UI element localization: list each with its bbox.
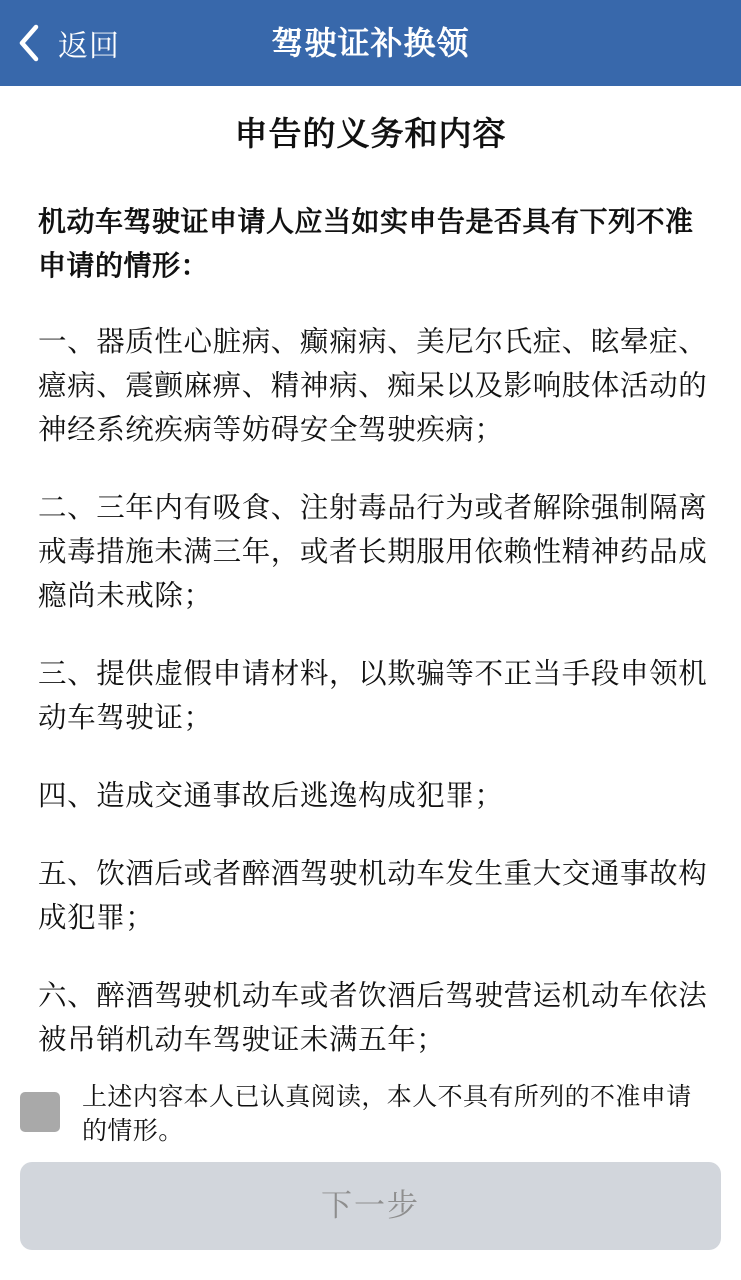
agreement-row[interactable]: 上述内容本人已认真阅读，本人不具有所列的不准申请的情形。 [20, 1080, 711, 1148]
navbar: 返回 驾驶证补换领 [0, 0, 741, 86]
list-item: 二、三年内有吸食、注射毒品行为或者解除强制隔离戒毒措施未满三年，或者长期服用依赖… [38, 486, 713, 618]
declaration-content: 机动车驾驶证申请人应当如实申告是否具有下列不准申请的情形： 一、器质性心脏病、癫… [38, 200, 713, 1096]
list-item: 六、醉酒驾驶机动车或者饮酒后驾驶营运机动车依法被吊销机动车驾驶证未满五年； [38, 974, 713, 1062]
list-item: 四、造成交通事故后逃逸构成犯罪； [38, 774, 713, 818]
list-item: 一、器质性心脏病、癫痫病、美尼尔氏症、眩晕症、癔病、震颤麻痹、精神病、痴呆以及影… [38, 320, 713, 452]
agreement-checkbox[interactable] [20, 1092, 60, 1132]
intro-text: 机动车驾驶证申请人应当如实申告是否具有下列不准申请的情形： [38, 200, 713, 288]
nav-title: 驾驶证补换领 [0, 0, 741, 86]
list-item: 五、饮酒后或者醉酒驾驶机动车发生重大交通事故构成犯罪； [38, 852, 713, 940]
list-item: 三、提供虚假申请材料，以欺骗等不正当手段申领机动车驾驶证； [38, 652, 713, 740]
page-title: 申告的义务和内容 [0, 108, 741, 155]
agreement-text: 上述内容本人已认真阅读，本人不具有所列的不准申请的情形。 [82, 1080, 711, 1148]
next-step-button[interactable]: 下一步 [20, 1162, 721, 1250]
